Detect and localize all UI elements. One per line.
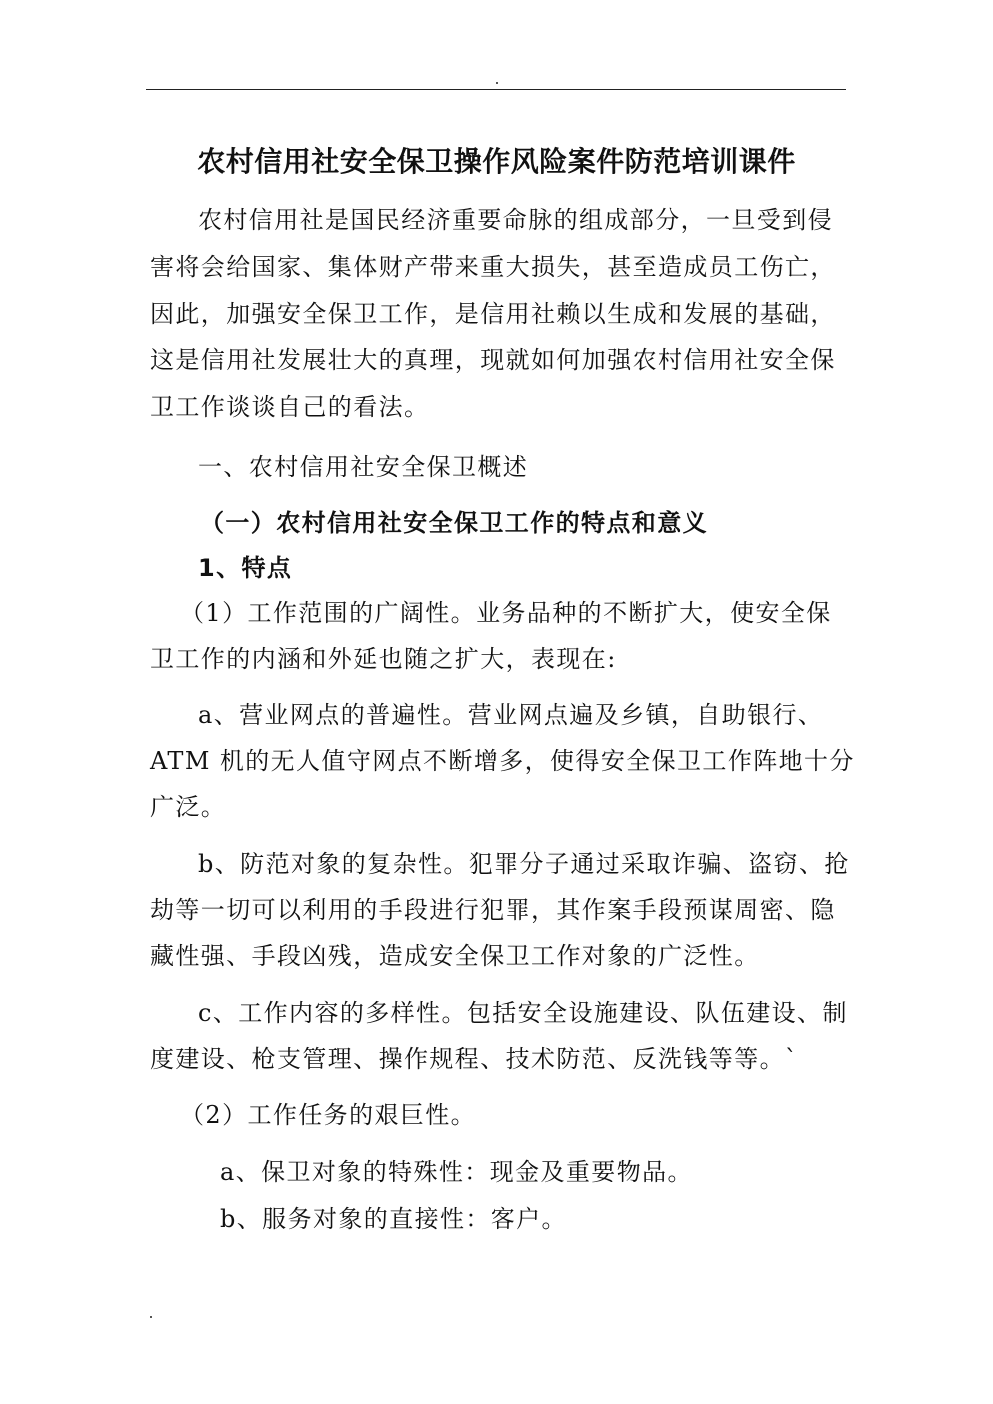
item1a-line-3: 广泛。 <box>150 792 226 822</box>
header-dot <box>496 82 498 84</box>
item1c-line-2: 度建设、枪支管理、操作规程、技术防范、反洗钱等等。` <box>150 1044 798 1074</box>
item2b-line: b、服务对象的直接性：客户。 <box>220 1204 567 1234</box>
intro-line-1: 农村信用社是国民经济重要命脉的组成部分，一旦受到侵 <box>198 205 833 235</box>
item1b-line-2: 劫等一切可以利用的手段进行犯罪，其作案手段预谋周密、隐 <box>150 895 836 925</box>
item1b-line-3: 藏性强、手段凶残，造成安全保卫工作对象的广泛性。 <box>150 941 760 971</box>
intro-line-2: 害将会给国家、集体财产带来重大损失，甚至造成员工伤亡， <box>150 252 836 282</box>
item2a-line: a、保卫对象的特殊性：现金及重要物品。 <box>220 1157 693 1187</box>
header-rule <box>146 89 846 90</box>
intro-line-3: 因此，加强安全保卫工作，是信用社赖以生成和发展的基础， <box>150 299 836 329</box>
item1-line-2: 卫工作的内涵和外延也随之扩大，表现在: <box>150 644 617 674</box>
item1-line-1: （1）工作范围的广阔性。业务品种的不断扩大，使安全保 <box>180 598 832 628</box>
item2-line: （2）工作任务的艰巨性。 <box>180 1100 476 1130</box>
item1b-line-1: b、防范对象的复杂性。犯罪分子通过采取诈骗、盗窃、抢 <box>198 849 850 879</box>
intro-line-5: 卫工作谈谈自己的看法。 <box>150 392 429 422</box>
item1a-line-2: ATM 机的无人值守网点不断增多，使得安全保卫工作阵地十分 <box>150 746 855 776</box>
item1a-line-1: a、营业网点的普遍性。营业网点遍及乡镇，自助银行、 <box>198 700 823 730</box>
footer-dot <box>150 1316 152 1318</box>
section-heading: 一、农村信用社安全保卫概述 <box>198 452 528 482</box>
intro-line-4: 这是信用社发展壮大的真理，现就如何加强农村信用社安全保 <box>150 345 836 375</box>
subsection-heading: （一）农村信用社安全保卫工作的特点和意义 <box>200 508 708 538</box>
document-title: 农村信用社安全保卫操作风险案件防范培训课件 <box>0 140 993 180</box>
item1c-line-1: c、工作内容的多样性。包括安全设施建设、队伍建设、制 <box>198 998 848 1028</box>
point-heading: 1、特点 <box>198 553 292 583</box>
